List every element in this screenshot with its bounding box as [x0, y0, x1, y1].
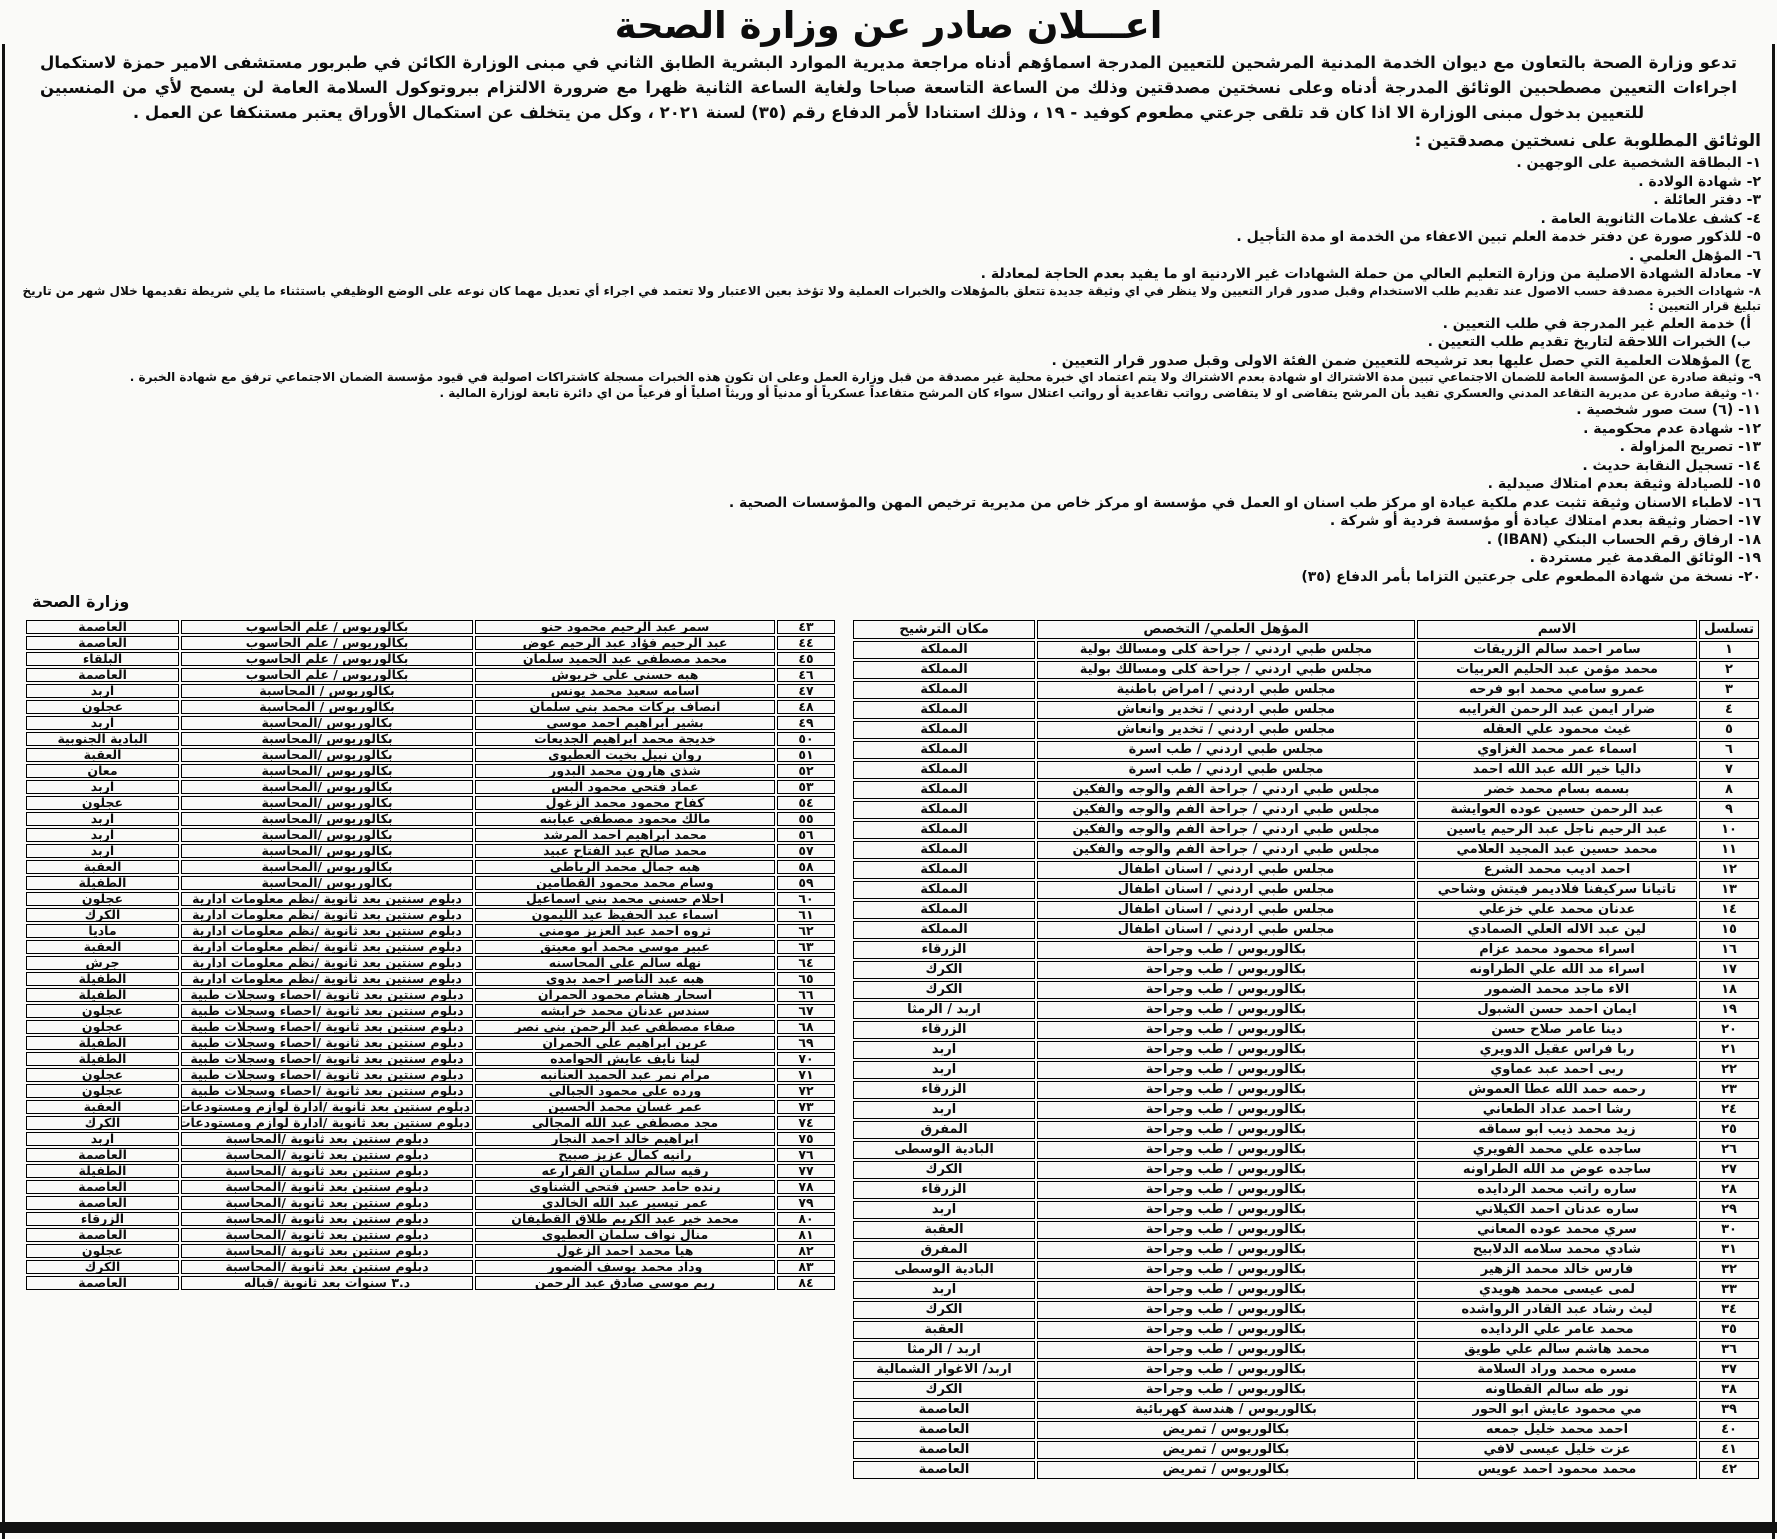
name-cell: لين عبد الاله العلي الصمادي — [1417, 921, 1697, 939]
place-cell: الزرقاء — [853, 941, 1035, 959]
serial-cell: ١٤ — [1699, 901, 1759, 919]
qualification-cell: بكالوريوس / طب وجراحة — [1037, 1241, 1415, 1259]
table-row: ٦٣عبير موسى محمد أبو معيتقدبلوم سنتين بع… — [26, 940, 835, 954]
place-cell: العقبة — [26, 1100, 179, 1114]
qualification-cell: بكالوريوس / طب وجراحة — [1037, 1101, 1415, 1119]
qualification-cell: دبلوم سنتين بعد ثانوية /المحاسبة — [181, 1228, 473, 1242]
table-row: ٤٤عبد الرحيم فؤاد عبد الرحيم عوضبكالوريو… — [26, 636, 835, 650]
table-row: ٣٠سري محمد عوده المعانيبكالوريوس / طب وج… — [853, 1221, 1759, 1239]
name-cell: ليث رشاد عبد القادر الرواشده — [1417, 1301, 1697, 1319]
name-cell: خديجة محمد ابراهيم الجديعات — [475, 732, 775, 746]
place-cell: اربد — [853, 1041, 1035, 1059]
name-cell: هبه جمال محمد الرياطي — [475, 860, 775, 874]
place-cell: اربد — [26, 1132, 179, 1146]
qualification-cell: دبلوم سنتين بعد ثانوية /المحاسبة — [181, 1260, 473, 1274]
qualification-cell: بكالوريوس / طب وجراحة — [1037, 1221, 1415, 1239]
qualification-cell: بكالوريوس / طب وجراحة — [1037, 1181, 1415, 1199]
table-row: ٢٦ساجده علي محمد الفويريبكالوريوس / طب و… — [853, 1141, 1759, 1159]
serial-cell: ١٦ — [1699, 941, 1759, 959]
place-cell: البادية الجنوبية — [26, 732, 179, 746]
left-table-column: وزارة الصحة ٤٣سمر عبد الرحيم محمود حنوبك… — [24, 592, 837, 1292]
serial-cell: ٤٦ — [777, 668, 835, 682]
table-row: ٧٦رانيه كمال عزيز صبيحدبلوم سنتين بعد ثا… — [26, 1148, 835, 1162]
doc-item: ١١- (٦) ست صور شخصية . — [16, 401, 1761, 419]
serial-cell: ٤٩ — [777, 716, 835, 730]
place-cell: المملكة — [853, 861, 1035, 879]
serial-cell: ٦١ — [777, 908, 835, 922]
place-cell: الزرقاء — [26, 1212, 179, 1226]
place-cell: اربد — [26, 812, 179, 826]
name-cell: زيد محمد ذيب ابو سماقه — [1417, 1121, 1697, 1139]
table-row: ٢٠دينا عامر صلاح حسنبكالوريوس / طب وجراح… — [853, 1021, 1759, 1039]
table-row: ١سامر احمد سالم الزريقاتمجلس طبي اردني /… — [853, 641, 1759, 659]
name-cell: رقيه سالم سلمان القرارعه — [475, 1164, 775, 1178]
name-cell: ايمان احمد حسن الشبول — [1417, 1001, 1697, 1019]
announcement-page: اعـــلان صادر عن وزارة الصحة تدعو وزارة … — [0, 0, 1777, 1539]
place-cell: عجلون — [26, 700, 179, 714]
place-cell: البادية الوسطى — [853, 1261, 1035, 1279]
qualification-cell: بكالوريوس / طب وجراحة — [1037, 1081, 1415, 1099]
table-row: ١٢احمد اديب محمد الشرعمجلس طبي اردني / ا… — [853, 861, 1759, 879]
page-border-bottom — [0, 1522, 1777, 1533]
left-table-body: ٤٣سمر عبد الرحيم محمود حنوبكالوريوس / عل… — [26, 620, 835, 1290]
qualification-cell: بكالوريوس / المحاسبة — [181, 684, 473, 698]
place-cell: الطفيلة — [26, 988, 179, 1002]
qualification-cell: دبلوم سنتين بعد ثانوية /احصاء وسجلات طبي… — [181, 1052, 473, 1066]
table-row: ٧٧رقيه سالم سلمان القرارعهدبلوم سنتين بع… — [26, 1164, 835, 1178]
candidates-tables: تسلسل الاسم المؤهل العلمي/ التخصص مكان ا… — [16, 592, 1761, 1481]
table-row: ١٨الاء ماجد محمد الضموربكالوريوس / طب وج… — [853, 981, 1759, 999]
doc-item: ٥- للذكور صورة عن دفتر خدمة العلم تبين ا… — [16, 228, 1761, 246]
qualification-cell: بكالوريوس / طب وجراحة — [1037, 1381, 1415, 1399]
qualification-cell: دبلوم سنتين بعد ثانوية /المحاسبة — [181, 1196, 473, 1210]
candidates-table-1-42: تسلسل الاسم المؤهل العلمي/ التخصص مكان ا… — [851, 618, 1761, 1481]
qualification-cell: بكالوريوس /المحاسبة — [181, 732, 473, 746]
table-row: ١٥لين عبد الاله العلي الصماديمجلس طبي ار… — [853, 921, 1759, 939]
serial-cell: ٥٦ — [777, 828, 835, 842]
place-cell: الكرك — [853, 1301, 1035, 1319]
right-table-column: تسلسل الاسم المؤهل العلمي/ التخصص مكان ا… — [851, 592, 1761, 1481]
name-cell: ساجده علي محمد الفويري — [1417, 1141, 1697, 1159]
table-row: ٤١عزت خليل عيسى لافيبكالوريوس / تمريضالع… — [853, 1441, 1759, 1459]
place-cell: المملكة — [853, 661, 1035, 679]
place-cell: الطفيلة — [26, 876, 179, 890]
place-cell: المملكة — [853, 701, 1035, 719]
doc-item: ٤- كشف علامات الثانوية العامة . — [16, 210, 1761, 228]
doc-item: ١٥- للصيادلة وثيقة بعدم امتلاك صيدلية . — [16, 475, 1761, 493]
serial-cell: ٣٢ — [1699, 1261, 1759, 1279]
table-row: ٨٤ريم موسى صادق عبد الرحمند.٣ سنوات بعد … — [26, 1276, 835, 1290]
table-row: ٣٧مسره محمد وراد السلامةبكالوريوس / طب و… — [853, 1361, 1759, 1379]
serial-cell: ٦٧ — [777, 1004, 835, 1018]
qualification-cell: مجلس طبي اردني / اسنان اطفال — [1037, 901, 1415, 919]
table-row: ٤٥محمد مصطفى عبد الحميد سلمانبكالوريوس /… — [26, 652, 835, 666]
name-cell: رحمه حمد الله عطا العموش — [1417, 1081, 1697, 1099]
header-name: الاسم — [1417, 620, 1697, 639]
qualification-cell: بكالوريوس / طب وجراحة — [1037, 941, 1415, 959]
place-cell: اربد — [26, 684, 179, 698]
serial-cell: ٣٣ — [1699, 1281, 1759, 1299]
serial-cell: ٢٠ — [1699, 1021, 1759, 1039]
qualification-cell: بكالوريوس / طب وجراحة — [1037, 1141, 1415, 1159]
qualification-cell: مجلس طبي اردني / جراحة الفم والوجه والفك… — [1037, 841, 1415, 859]
serial-cell: ٢٢ — [1699, 1061, 1759, 1079]
place-cell: العقبة — [26, 940, 179, 954]
place-cell: العقبة — [26, 860, 179, 874]
qualification-cell: مجلس طبي اردني / اسنان اطفال — [1037, 861, 1415, 879]
table-row: ٣٩مي محمود عايش ابو الحوربكالوريوس / هند… — [853, 1401, 1759, 1419]
qualification-cell: دبلوم سنتين بعد ثانوية /نظم معلومات ادار… — [181, 924, 473, 938]
doc-item: ١٠- وثيقة صادرة عن مديرية التقاعد المدني… — [16, 386, 1761, 402]
place-cell: العاصمة — [26, 668, 179, 682]
place-cell: الطفيلة — [26, 972, 179, 986]
serial-cell: ٦٤ — [777, 956, 835, 970]
qualification-cell: بكالوريوس / علم الحاسوب — [181, 652, 473, 666]
serial-cell: ٦٢ — [777, 924, 835, 938]
table-row: ٧٠لينا نايف عايش الحوامدهدبلوم سنتين بعد… — [26, 1052, 835, 1066]
qualification-cell: د.٣ سنوات بعد ثانوية /قباله — [181, 1276, 473, 1290]
serial-cell: ٥٤ — [777, 796, 835, 810]
name-cell: ساره عدنان احمد الكيلاني — [1417, 1201, 1697, 1219]
table-row: ١٦اسراء محمود محمد عزامبكالوريوس / طب وج… — [853, 941, 1759, 959]
table-row: ٨٣وداد محمد يوسف الضموردبلوم سنتين بعد ث… — [26, 1260, 835, 1274]
qualification-cell: بكالوريوس / تمريض — [1037, 1461, 1415, 1479]
place-cell: جرش — [26, 956, 179, 970]
table-row: ٨١منال نواف سلمان العطيويدبلوم سنتين بعد… — [26, 1228, 835, 1242]
name-cell: كفاح محمود محمد الزغول — [475, 796, 775, 810]
serial-cell: ٧٨ — [777, 1180, 835, 1194]
name-cell: ساره راتب محمد الردايده — [1417, 1181, 1697, 1199]
place-cell: اربد/ الاغوار الشمالية — [853, 1361, 1035, 1379]
table-row: ٢٥زيد محمد ذيب ابو سماقهبكالوريوس / طب و… — [853, 1121, 1759, 1139]
doc-item: ١٣- تصريح المزاولة . — [16, 438, 1761, 456]
serial-cell: ٧٢ — [777, 1084, 835, 1098]
qualification-cell: دبلوم سنتين بعد ثانوية /نظم معلومات ادار… — [181, 908, 473, 922]
place-cell: عجلون — [26, 1068, 179, 1082]
qualification-cell: دبلوم سنتين بعد ثانوية /نظم معلومات ادار… — [181, 956, 473, 970]
qualification-cell: دبلوم سنتين بعد ثانوية /نظم معلومات ادار… — [181, 892, 473, 906]
table-row: ٦٠احلام حسني محمد بني اسماعيلدبلوم سنتين… — [26, 892, 835, 906]
qualification-cell: بكالوريوس / هندسة كهربائية — [1037, 1401, 1415, 1419]
place-cell: معان — [26, 764, 179, 778]
table-row: ٧٥ابراهيم خالد احمد النجاردبلوم سنتين بع… — [26, 1132, 835, 1146]
table-row: ٢٤رشا احمد عداد الطعانيبكالوريوس / طب وج… — [853, 1101, 1759, 1119]
place-cell: اربد — [26, 828, 179, 842]
place-cell: المملكة — [853, 801, 1035, 819]
doc-item: ١٩- الوثائق المقدمة غير مستردة . — [16, 549, 1761, 567]
name-cell: هبه حسني علي خريوش — [475, 668, 775, 682]
place-cell: الزرقاء — [853, 1081, 1035, 1099]
name-cell: تاتيانا سركيفنا فلاديمر فيتش وشاحي — [1417, 881, 1697, 899]
name-cell: روان نبيل بخيت العطيوي — [475, 748, 775, 762]
serial-cell: ٥ — [1699, 721, 1759, 739]
name-cell: اسراء مد الله علي الطراونه — [1417, 961, 1697, 979]
place-cell: الطفيلة — [26, 1036, 179, 1050]
table-row: ١٩ايمان احمد حسن الشبولبكالوريوس / طب وج… — [853, 1001, 1759, 1019]
doc-item: ١٦- لاطباء الاسنان وثيقة تثبت عدم ملكية … — [16, 494, 1761, 512]
serial-cell: ٥١ — [777, 748, 835, 762]
qualification-cell: بكالوريوس / طب وجراحة — [1037, 1121, 1415, 1139]
place-cell: المملكة — [853, 761, 1035, 779]
qualification-cell: دبلوم سنتين بعد ثانوية /المحاسبة — [181, 1164, 473, 1178]
name-cell: محمد ابراهيم احمد المرشد — [475, 828, 775, 842]
qualification-cell: بكالوريوس / طب وجراحة — [1037, 1061, 1415, 1079]
doc-item: ٨- شهادات الخبرة مصدقة حسب الاصول عند تق… — [16, 284, 1761, 315]
serial-cell: ١١ — [1699, 841, 1759, 859]
place-cell: العقبة — [26, 748, 179, 762]
doc-item: ١٧- احضار وثيقة بعدم امتلاك عيادة أو مؤس… — [16, 512, 1761, 530]
header-spacer — [851, 592, 1761, 618]
place-cell: اربد — [853, 1201, 1035, 1219]
qualification-cell: دبلوم سنتين بعد ثانوية /احصاء وسجلات طبي… — [181, 988, 473, 1002]
table-row: ٧٣عمر غسان محمد الحسيندبلوم سنتين بعد ثا… — [26, 1100, 835, 1114]
serial-cell: ٣٨ — [1699, 1381, 1759, 1399]
place-cell: المملكة — [853, 821, 1035, 839]
serial-cell: ٤٧ — [777, 684, 835, 698]
serial-cell: ٥٧ — [777, 844, 835, 858]
name-cell: هيا محمد احمد الزغول — [475, 1244, 775, 1258]
table-row: ٨بسمه بسام محمد خضرمجلس طبي اردني / جراح… — [853, 781, 1759, 799]
header-place: مكان الترشيح — [853, 620, 1035, 639]
name-cell: اسحار هشام محمود الحمران — [475, 988, 775, 1002]
table-row: ٥٦محمد ابراهيم احمد المرشدبكالوريوس /الم… — [26, 828, 835, 842]
table-row: ٦٧سندس عدنان محمد خرابشهدبلوم سنتين بعد … — [26, 1004, 835, 1018]
table-row: ٣٨نور طه سالم القطاونهبكالوريوس / طب وجر… — [853, 1381, 1759, 1399]
qualification-cell: مجلس طبي اردني / تخدير وانعاش — [1037, 701, 1415, 719]
table-row: ٣٦محمد هاشم سالم علي طويقبكالوريوس / طب … — [853, 1341, 1759, 1359]
serial-cell: ٤ — [1699, 701, 1759, 719]
place-cell: العاصمة — [26, 636, 179, 650]
doc-item: ١٤- تسجيل النقابة حديث . — [16, 457, 1761, 475]
doc-item: ٢٠- نسخة من شهادة المطعوم على جرعتين الت… — [16, 568, 1761, 586]
serial-cell: ٦٦ — [777, 988, 835, 1002]
name-cell: محمد محمود احمد عويس — [1417, 1461, 1697, 1479]
qualification-cell: بكالوريوس / طب وجراحة — [1037, 1041, 1415, 1059]
doc-item: ٢- شهادة الولادة . — [16, 173, 1761, 191]
name-cell: اسماء عبد الحفيظ عيد الليمون — [475, 908, 775, 922]
name-cell: اسراء محمود محمد عزام — [1417, 941, 1697, 959]
table-row: ١٧اسراء مد الله علي الطراونهبكالوريوس / … — [853, 961, 1759, 979]
qualification-cell: مجلس طبي اردني / جراحة الفم والوجه والفك… — [1037, 801, 1415, 819]
place-cell: العاصمة — [853, 1421, 1035, 1439]
serial-cell: ٧٤ — [777, 1116, 835, 1130]
qualification-cell: بكالوريوس / طب وجراحة — [1037, 1261, 1415, 1279]
serial-cell: ٧٧ — [777, 1164, 835, 1178]
name-cell: شذى هارون محمد البدور — [475, 764, 775, 778]
name-cell: احلام حسني محمد بني اسماعيل — [475, 892, 775, 906]
qualification-cell: بكالوريوس /المحاسبة — [181, 716, 473, 730]
table-row: ٨٠محمد خير عبد الكريم طلاق القطيفاندبلوم… — [26, 1212, 835, 1226]
doc-item: ١- البطاقة الشخصية على الوجهين . — [16, 154, 1761, 172]
place-cell: الكرك — [853, 961, 1035, 979]
name-cell: فارس خالد محمد الزهير — [1417, 1261, 1697, 1279]
table-row: ٤ضرار ايمن عبد الرحمن الغرايبهمجلس طبي ا… — [853, 701, 1759, 719]
place-cell: العاصمة — [26, 1276, 179, 1290]
serial-cell: ٢٧ — [1699, 1161, 1759, 1179]
qualification-cell: مجلس طبي اردني / جراحة الفم والوجه والفك… — [1037, 821, 1415, 839]
serial-cell: ٤٥ — [777, 652, 835, 666]
table-row: ٣٣لمى عيسى محمد هويديبكالوريوس / طب وجرا… — [853, 1281, 1759, 1299]
serial-cell: ١٩ — [1699, 1001, 1759, 1019]
serial-cell: ٤٣ — [777, 620, 835, 634]
table-row: ٥٥مالك محمود مصطفى عبابنهبكالوريوس /المح… — [26, 812, 835, 826]
place-cell: المملكة — [853, 681, 1035, 699]
place-cell: المملكة — [853, 641, 1035, 659]
qualification-cell: دبلوم سنتين بعد ثانوية /ادارة لوازم ومست… — [181, 1100, 473, 1114]
name-cell: احمد محمد خليل جمعه — [1417, 1421, 1697, 1439]
qualification-cell: بكالوريوس / طب وجراحة — [1037, 1021, 1415, 1039]
place-cell: الطفيلة — [26, 1052, 179, 1066]
name-cell: مجد مصطفى عبد الله المجالي — [475, 1116, 775, 1130]
place-cell: العاصمة — [26, 1180, 179, 1194]
name-cell: صفاء مصطفى عبد الرحمن بني نصر — [475, 1020, 775, 1034]
name-cell: مرام نمر عبد الحميد العنانبه — [475, 1068, 775, 1082]
name-cell: ربا فراس عقيل الدويري — [1417, 1041, 1697, 1059]
name-cell: الاء ماجد محمد الضمور — [1417, 981, 1697, 999]
qualification-cell: مجلس طبي اردني / امراض باطنية — [1037, 681, 1415, 699]
serial-cell: ٤٨ — [777, 700, 835, 714]
table-row: ٤٧اسامه سعيد محمد يونسبكالوريوس / المحاس… — [26, 684, 835, 698]
place-cell: المفرق — [853, 1241, 1035, 1259]
place-cell: عجلون — [26, 1020, 179, 1034]
qualification-cell: بكالوريوس / طب وجراحة — [1037, 1321, 1415, 1339]
serial-cell: ٥٨ — [777, 860, 835, 874]
table-row: ١٠عبد الرحيم ناجل عبد الرحيم ياسينمجلس ط… — [853, 821, 1759, 839]
table-row: ٥٧محمد صالح عبد الفتاح عبيدبكالوريوس /ال… — [26, 844, 835, 858]
serial-cell: ٣٩ — [1699, 1401, 1759, 1419]
place-cell: الكرك — [853, 1381, 1035, 1399]
name-cell: احمد اديب محمد الشرع — [1417, 861, 1697, 879]
name-cell: سري محمد عوده المعاني — [1417, 1221, 1697, 1239]
name-cell: ابراهيم خالد احمد النجار — [475, 1132, 775, 1146]
documents-heading: الوثائق المطلوبة على نسختين مصدقتين : — [16, 131, 1761, 151]
serial-cell: ٥٥ — [777, 812, 835, 826]
name-cell: عبد الرحيم ناجل عبد الرحيم ياسين — [1417, 821, 1697, 839]
serial-cell: ٥٩ — [777, 876, 835, 890]
serial-cell: ٦٣ — [777, 940, 835, 954]
table-row: ٥٠خديجة محمد ابراهيم الجديعاتبكالوريوس /… — [26, 732, 835, 746]
place-cell: العاصمة — [26, 1148, 179, 1162]
name-cell: سامر احمد سالم الزريقات — [1417, 641, 1697, 659]
name-cell: عمر غسان محمد الحسين — [475, 1100, 775, 1114]
place-cell: الكرك — [26, 1260, 179, 1274]
serial-cell: ١ — [1699, 641, 1759, 659]
name-cell: اسماء عمر محمد الغزاوي — [1417, 741, 1697, 759]
doc-item: ١٨- ارفاق رقم الحساب البنكي (IBAN) . — [16, 531, 1761, 549]
name-cell: عمرو سامي محمد ابو فرحه — [1417, 681, 1697, 699]
serial-cell: ٧٠ — [777, 1052, 835, 1066]
qualification-cell: مجلس طبي اردني / تخدير وانعاش — [1037, 721, 1415, 739]
name-cell: غيث محمود علي العقله — [1417, 721, 1697, 739]
qualification-cell: دبلوم سنتين بعد ثانوية /المحاسبة — [181, 1148, 473, 1162]
table-row: ٥٩وسام محمد محمود القطامينبكالوريوس /الم… — [26, 876, 835, 890]
place-cell: اربد — [853, 1281, 1035, 1299]
place-cell: الزرقاء — [853, 1181, 1035, 1199]
table-row: ٢١ربا فراس عقيل الدويريبكالوريوس / طب وج… — [853, 1041, 1759, 1059]
place-cell: العاصمة — [853, 1441, 1035, 1459]
table-row: ١٣تاتيانا سركيفنا فلاديمر فيتش وشاحيمجلس… — [853, 881, 1759, 899]
qualification-cell: بكالوريوس / تمريض — [1037, 1441, 1415, 1459]
name-cell: مالك محمود مصطفى عبابنه — [475, 812, 775, 826]
header-qualification: المؤهل العلمي/ التخصص — [1037, 620, 1415, 639]
name-cell: ثروه احمد عبد العزيز مومني — [475, 924, 775, 938]
name-cell: محمد هاشم سالم علي طويق — [1417, 1341, 1697, 1359]
doc-item: ٦- المؤهل العلمي . — [16, 247, 1761, 265]
serial-cell: ٧٣ — [777, 1100, 835, 1114]
ministry-label: وزارة الصحة — [24, 592, 837, 614]
table-row: ٢٨ساره راتب محمد الردايدهبكالوريوس / طب … — [853, 1181, 1759, 1199]
place-cell: المملكة — [853, 921, 1035, 939]
qualification-cell: بكالوريوس /المحاسبة — [181, 812, 473, 826]
qualification-cell: بكالوريوس / تمريض — [1037, 1421, 1415, 1439]
qualification-cell: بكالوريوس /المحاسبة — [181, 828, 473, 842]
name-cell: ريم موسى صادق عبد الرحمن — [475, 1276, 775, 1290]
name-cell: دينا عامر صلاح حسن — [1417, 1021, 1697, 1039]
doc-item: أ) خدمة العلم غير المدرجة في طلب التعيين… — [16, 315, 1761, 333]
table-row: ٤٠احمد محمد خليل جمعهبكالوريوس / تمريضال… — [853, 1421, 1759, 1439]
table-row: ٢٣رحمه حمد الله عطا العموشبكالوريوس / طب… — [853, 1081, 1759, 1099]
table-row: ٤٢محمد محمود احمد عويسبكالوريوس / تمريضا… — [853, 1461, 1759, 1479]
name-cell: عماد فتحي محمود البس — [475, 780, 775, 794]
header-serial: تسلسل — [1699, 620, 1759, 639]
qualification-cell: مجلس طبي اردني / جراحة كلى ومسالك بولية — [1037, 661, 1415, 679]
qualification-cell: دبلوم سنتين بعد ثانوية /نظم معلومات ادار… — [181, 972, 473, 986]
serial-cell: ٨٢ — [777, 1244, 835, 1258]
place-cell: البادية الوسطى — [853, 1141, 1035, 1159]
serial-cell: ٨٤ — [777, 1276, 835, 1290]
table-row: ٤٩بشير ابراهيم احمد موسىبكالوريوس /المحا… — [26, 716, 835, 730]
qualification-cell: دبلوم سنتين بعد ثانوية /احصاء وسجلات طبي… — [181, 1036, 473, 1050]
table-row: ٧٤مجد مصطفى عبد الله المجاليدبلوم سنتين … — [26, 1116, 835, 1130]
serial-cell: ٧٥ — [777, 1132, 835, 1146]
table-row: ٣١شادي محمد سلامه الدلابيحبكالوريوس / طب… — [853, 1241, 1759, 1259]
name-cell: اسامه سعيد محمد يونس — [475, 684, 775, 698]
serial-cell: ٥٠ — [777, 732, 835, 746]
qualification-cell: دبلوم سنتين بعد ثانوية /المحاسبة — [181, 1212, 473, 1226]
name-cell: داليا خير الله عبد الله احمد — [1417, 761, 1697, 779]
page-content: اعـــلان صادر عن وزارة الصحة تدعو وزارة … — [0, 0, 1777, 1481]
name-cell: عرين ابراهيم علي الحمران — [475, 1036, 775, 1050]
serial-cell: ٤٤ — [777, 636, 835, 650]
name-cell: ربى احمد عبد عماوي — [1417, 1061, 1697, 1079]
qualification-cell: بكالوريوس /المحاسبة — [181, 780, 473, 794]
table-row: ٤٦هبه حسني علي خريوشبكالوريوس / علم الحا… — [26, 668, 835, 682]
qualification-cell: بكالوريوس /المحاسبة — [181, 860, 473, 874]
qualification-cell: بكالوريوس /المحاسبة — [181, 876, 473, 890]
intro-paragraph: تدعو وزارة الصحة بالتعاون مع ديوان الخدم… — [16, 51, 1761, 125]
qualification-cell: بكالوريوس /المحاسبة — [181, 844, 473, 858]
name-cell: سندس عدنان محمد خرابشه — [475, 1004, 775, 1018]
table-header-row: تسلسل الاسم المؤهل العلمي/ التخصص مكان ا… — [853, 620, 1759, 639]
place-cell: عجلون — [26, 1084, 179, 1098]
place-cell: عجلون — [26, 796, 179, 810]
place-cell: البلقاء — [26, 652, 179, 666]
doc-item: ١٢- شهادة عدم محكومية . — [16, 420, 1761, 438]
qualification-cell: مجلس طبي اردني / جراحة كلى ومسالك بولية — [1037, 641, 1415, 659]
right-table-body: ١سامر احمد سالم الزريقاتمجلس طبي اردني /… — [853, 641, 1759, 1479]
qualification-cell: دبلوم سنتين بعد ثانوية /المحاسبة — [181, 1180, 473, 1194]
qualification-cell: دبلوم سنتين بعد ثانوية /احصاء وسجلات طبي… — [181, 1068, 473, 1082]
name-cell: نهله سالم علي المحاسنه — [475, 956, 775, 970]
place-cell: الكرك — [26, 1116, 179, 1130]
table-row: ٧٩عمر تيسير عبد الله الخالديدبلوم سنتين … — [26, 1196, 835, 1210]
place-cell: العاصمة — [26, 1196, 179, 1210]
qualification-cell: بكالوريوس / علم الحاسوب — [181, 636, 473, 650]
name-cell: ورده علي محمود الجبالي — [475, 1084, 775, 1098]
place-cell: اربد — [26, 716, 179, 730]
qualification-cell: دبلوم سنتين بعد ثانوية /المحاسبة — [181, 1132, 473, 1146]
page-title: اعـــلان صادر عن وزارة الصحة — [16, 4, 1761, 47]
